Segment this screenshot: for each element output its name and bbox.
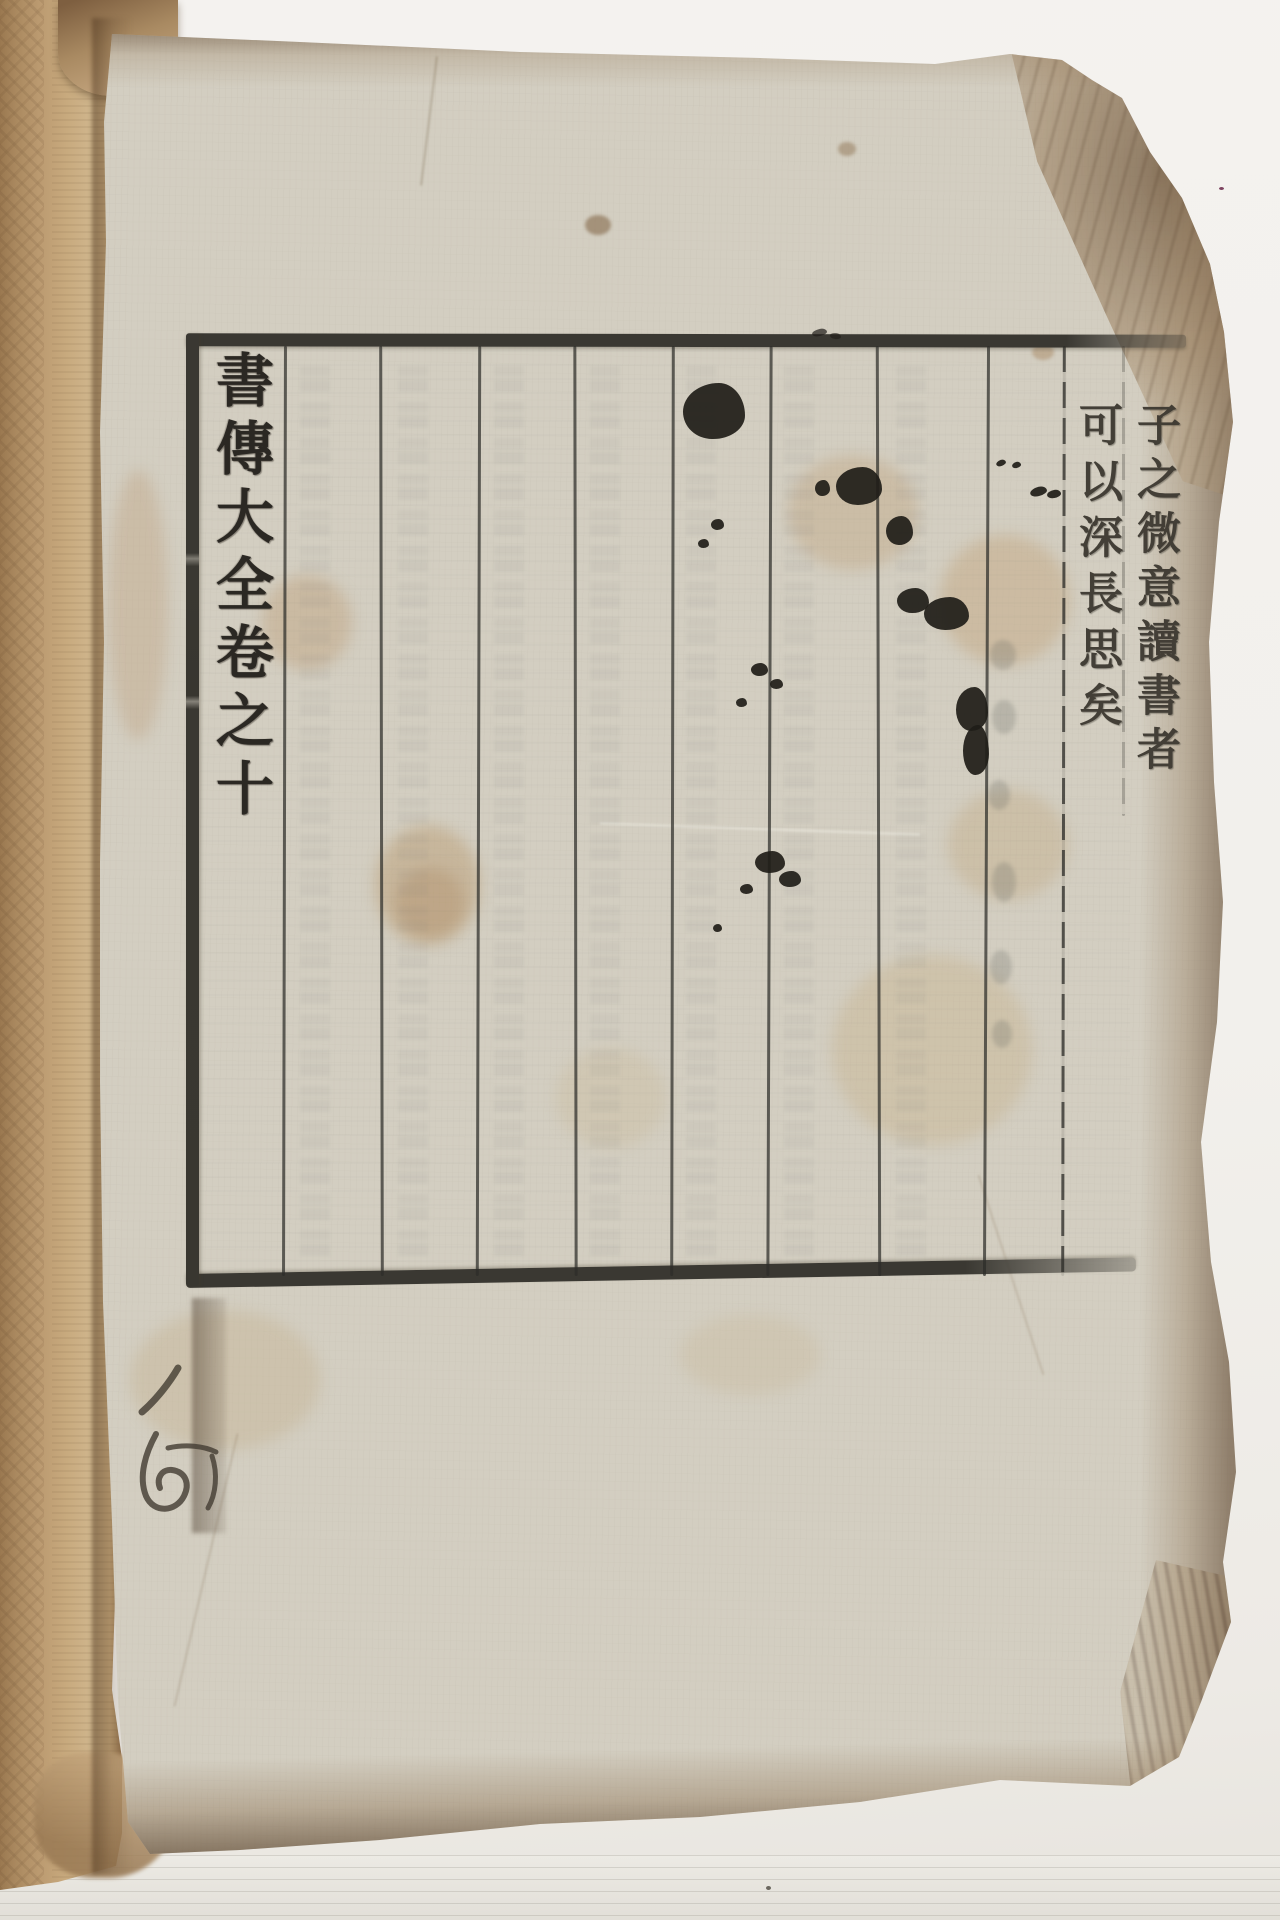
bleedthrough-column	[494, 366, 524, 1266]
frame-top-border	[186, 333, 1186, 347]
text-column-left: 可以深長思矣	[1064, 402, 1128, 738]
ink-speck	[698, 539, 709, 548]
bleedthrough-column	[784, 366, 814, 1266]
showthrough-glyphs	[990, 640, 1016, 670]
ink-blot-on-line	[956, 687, 988, 731]
ink-blot	[886, 516, 913, 545]
foxing-spot	[838, 142, 856, 156]
ink-speck	[740, 884, 753, 894]
stain	[680, 1315, 820, 1395]
table-surface	[0, 1855, 1280, 1920]
bleedthrough-texture	[200, 350, 1130, 1275]
dust-speck	[766, 1886, 771, 1890]
ink-blot	[683, 383, 745, 439]
ink-speck	[736, 698, 747, 707]
text-column-right: 子之微意讀書者	[1122, 402, 1186, 780]
handwritten-mark	[116, 1356, 240, 1524]
bleedthrough-column	[590, 366, 620, 1266]
ink-speck	[770, 679, 783, 689]
bleedthrough-column	[686, 366, 716, 1266]
ink-blot-on-line	[963, 725, 989, 775]
bleedthrough-column	[398, 366, 428, 1266]
darkened-bottom-edge	[98, 1686, 1252, 1874]
volume-title-column: 書傳大全卷之十	[198, 350, 282, 826]
stain	[108, 470, 168, 740]
foxing-spot	[585, 215, 611, 235]
cover-pattern	[0, 0, 44, 1890]
showthrough-glyphs	[992, 700, 1016, 734]
photograph-of-book: 書傳大全卷之十 子之微意讀書者 可以深長思矣	[0, 0, 1280, 1920]
showthrough-glyphs	[990, 950, 1012, 984]
ink-speck	[711, 519, 724, 530]
showthrough-glyphs	[988, 780, 1010, 810]
showthrough-glyphs	[992, 1020, 1012, 1048]
bleedthrough-column	[300, 366, 330, 1266]
book-page: 書傳大全卷之十 子之微意讀書者 可以深長思矣	[0, 0, 1280, 1920]
ink-blot	[755, 851, 785, 873]
ink-speck	[751, 663, 768, 676]
ink-blot	[779, 871, 801, 887]
ink-blot	[815, 480, 830, 496]
showthrough-glyphs	[992, 862, 1016, 902]
ink-speck	[713, 924, 722, 932]
fiber-speck	[1219, 187, 1224, 190]
bleedthrough-column	[896, 366, 926, 1266]
ink-blot	[924, 597, 969, 630]
ink-blot	[836, 467, 882, 505]
